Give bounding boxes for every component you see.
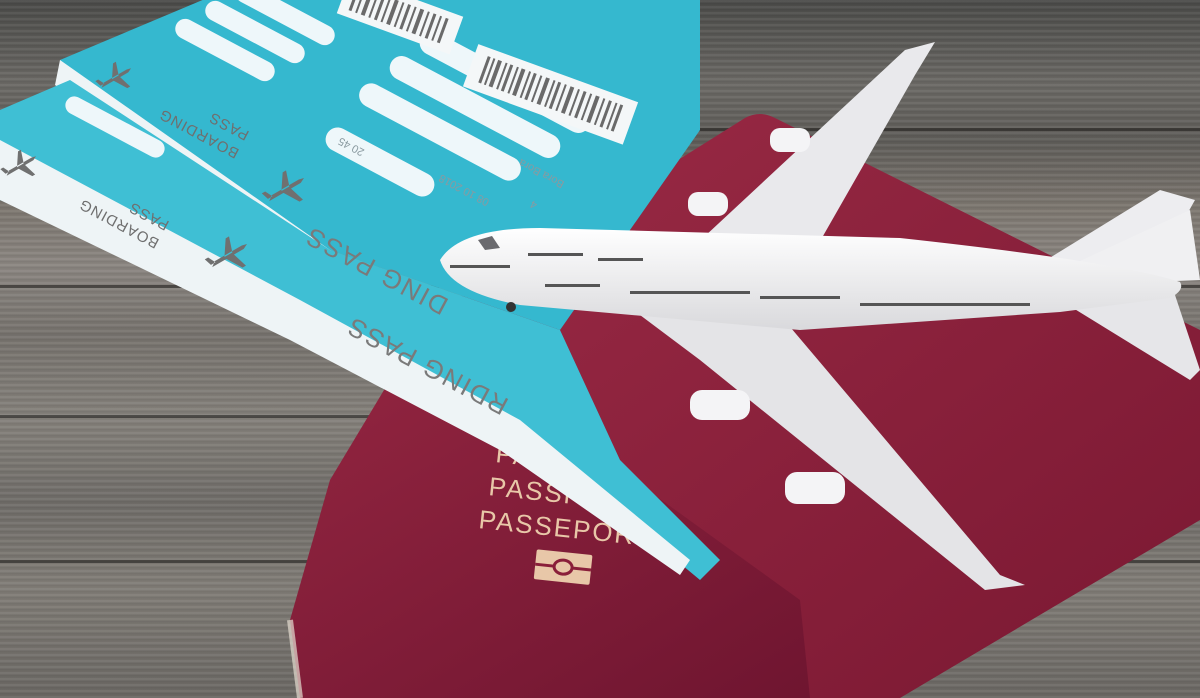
- biometric-chip-icon: [534, 549, 593, 585]
- photo-scene: PASZ... PASSPOR PASSEPORT: [0, 0, 1200, 698]
- scene-illustration: PASZ... PASSPOR PASSEPORT: [0, 0, 1200, 698]
